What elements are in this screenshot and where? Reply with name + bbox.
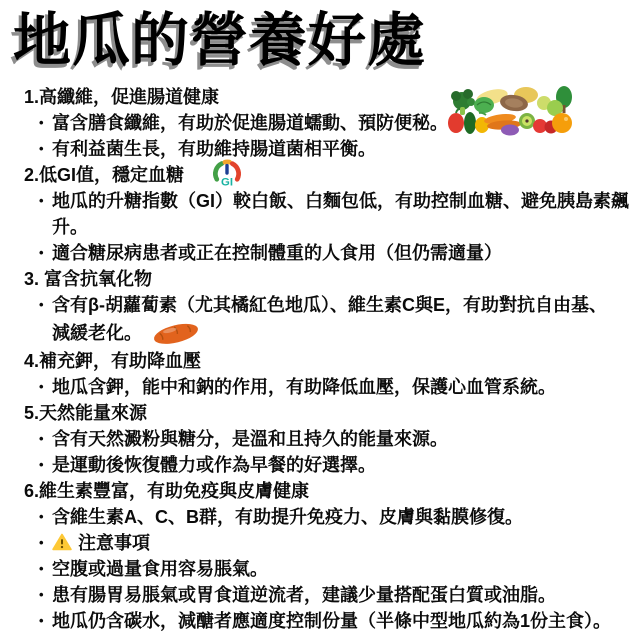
bullet-dot: • (39, 426, 52, 452)
bullet-dot: • (39, 582, 52, 608)
section-heading-text: 1.高纖維，促進腸道健康 (24, 84, 219, 110)
page-title: 地瓜的營養好處 (0, 0, 640, 80)
list-item: • 空腹或過量食用容易脹氣。 (24, 556, 634, 582)
section-2-heading: 2.低GI值，穩定血糖 GI (24, 162, 634, 188)
section-heading-text: 2.低GI值，穩定血糖 (24, 162, 184, 188)
bullet-dot: • (39, 556, 52, 582)
section-heading-text: 4.補充鉀，有助降血壓 (24, 348, 201, 374)
list-item-text: 含有β-胡蘿蔔素（尤其橘紅色地瓜）、維生素C與E，有助對抗自由基、減緩老化。 (52, 292, 617, 348)
gauge-label: GI (221, 176, 233, 188)
bullet-dot: • (39, 240, 52, 266)
list-item: • 地瓜仍含碳水，減醣者應適度控制份量（半條中型地瓜約為1份主食）。 (24, 608, 634, 634)
bullet-dot: • (39, 530, 52, 556)
bullet-dot: • (39, 608, 52, 634)
section-heading-text: 3. 富含抗氧化物 (24, 266, 152, 292)
bullet-dot: • (39, 188, 52, 214)
bullet-dot: • (39, 452, 52, 478)
bullet-dot: • (39, 374, 52, 400)
bullet-dot: • (39, 110, 52, 136)
list-item: • 地瓜含鉀，能中和鈉的作用，有助降低血壓，保護心血管系統。 (24, 374, 634, 400)
sweet-potato-body (152, 320, 200, 348)
list-item: • 地瓜的升糖指數（GI）較白飯、白麵包低，有助控制血糖、避免胰島素飆升。 (24, 188, 634, 240)
bullet-dot: • (39, 504, 52, 530)
warning-icon (52, 533, 72, 551)
fruits-vegetables-image (448, 83, 576, 137)
list-item-text: 含維生素A、C、B群，有助提升免疫力、皮膚與黏膜修復。 (52, 504, 523, 530)
list-item: • 患有腸胃易脹氣或胃食道逆流者，建議少量搭配蛋白質或油脂。 (24, 582, 634, 608)
list-item-text: 地瓜仍含碳水，減醣者應適度控制份量（半條中型地瓜約為1份主食）。 (52, 608, 611, 634)
list-item-text: 患有腸胃易脹氣或胃食道逆流者，建議少量搭配蛋白質或油脂。 (52, 582, 556, 608)
warning-exclamation (61, 539, 63, 544)
list-item-text: 是運動後恢復體力或作為早餐的好選擇。 (52, 452, 376, 478)
list-item: • 含有β-胡蘿蔔素（尤其橘紅色地瓜）、維生素C與E，有助對抗自由基、減緩老化。 (24, 292, 634, 348)
list-item-warning: • 注意事項 (24, 530, 634, 556)
section-heading-text: 5.天然能量來源 (24, 400, 147, 426)
list-item: • 有利益菌生長，有助維持腸道菌相平衡。 (24, 136, 634, 162)
list-item-text-inner: 含有β-胡蘿蔔素（尤其橘紅色地瓜）、維生素C與E，有助對抗自由基、減緩老化。 (52, 295, 607, 343)
infographic-page: 地瓜的營養好處 1.高纖維，促進腸道健康 • 富含膳食纖維，有助於促進腸道蠕動、… (0, 0, 640, 640)
list-item-text: 空腹或過量食用容易脹氣。 (52, 556, 268, 582)
bullet-dot: • (39, 136, 52, 162)
bullet-dot: • (39, 292, 52, 318)
list-item-text: 地瓜的升糖指數（GI）較白飯、白麵包低，有助控制血糖、避免胰島素飆升。 (52, 188, 632, 240)
list-item-text: 適合糖尿病患者或正在控制體重的人食用（但仍需適量） (52, 240, 502, 266)
list-item-text: 富含膳食纖維，有助於促進腸道蠕動、預防便秘。 (52, 110, 448, 136)
list-item: • 是運動後恢復體力或作為早餐的好選擇。 (24, 452, 634, 478)
list-item: • 含維生素A、C、B群，有助提升免疫力、皮膚與黏膜修復。 (24, 504, 634, 530)
list-item-text-inner: 注意事項 (78, 533, 150, 553)
warning-exclamation-dot (61, 546, 63, 548)
list-item-text: 地瓜含鉀，能中和鈉的作用，有助降低血壓，保護心血管系統。 (52, 374, 556, 400)
section-4-heading: 4.補充鉀，有助降血壓 (24, 348, 634, 374)
list-item: • 適合糖尿病患者或正在控制體重的人食用（但仍需適量） (24, 240, 634, 266)
gauge-arc-red (232, 164, 238, 180)
section-3-heading: 3. 富含抗氧化物 (24, 266, 634, 292)
section-5-heading: 5.天然能量來源 (24, 400, 634, 426)
gauge-needle (225, 164, 228, 175)
section-heading-text: 6.維生素豐富，有助免疫與皮膚健康 (24, 478, 309, 504)
list-item-text: 注意事項 (52, 530, 150, 556)
section-6-heading: 6.維生素豐富，有助免疫與皮膚健康 (24, 478, 634, 504)
list-item-text: 含有天然澱粉與糖分，是溫和且持久的能量來源。 (52, 426, 448, 452)
sweet-potato-icon (150, 318, 202, 348)
list-item: • 含有天然澱粉與糖分，是溫和且持久的能量來源。 (24, 426, 634, 452)
content: 1.高纖維，促進腸道健康 • 富含膳食纖維，有助於促進腸道蠕動、預防便秘。 • … (0, 80, 640, 634)
